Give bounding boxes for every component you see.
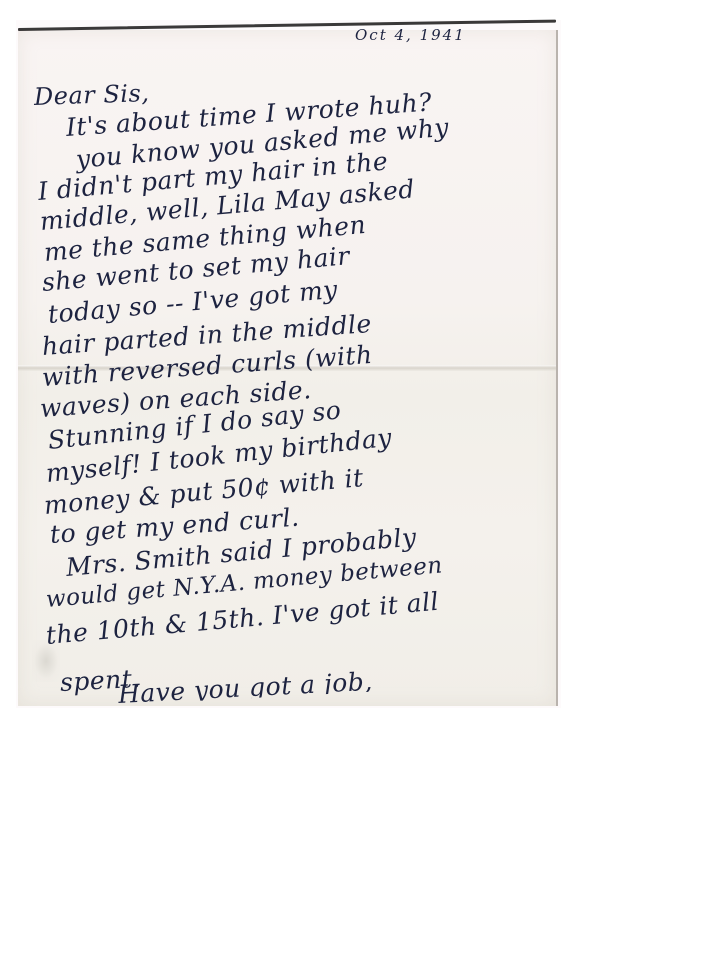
letter-salutation: Dear Sis,: [34, 79, 150, 111]
letter-date: Oct 4, 1941: [355, 26, 466, 44]
scan-canvas: Oct 4, 1941 Dear Sis, It's about time I …: [0, 0, 720, 960]
